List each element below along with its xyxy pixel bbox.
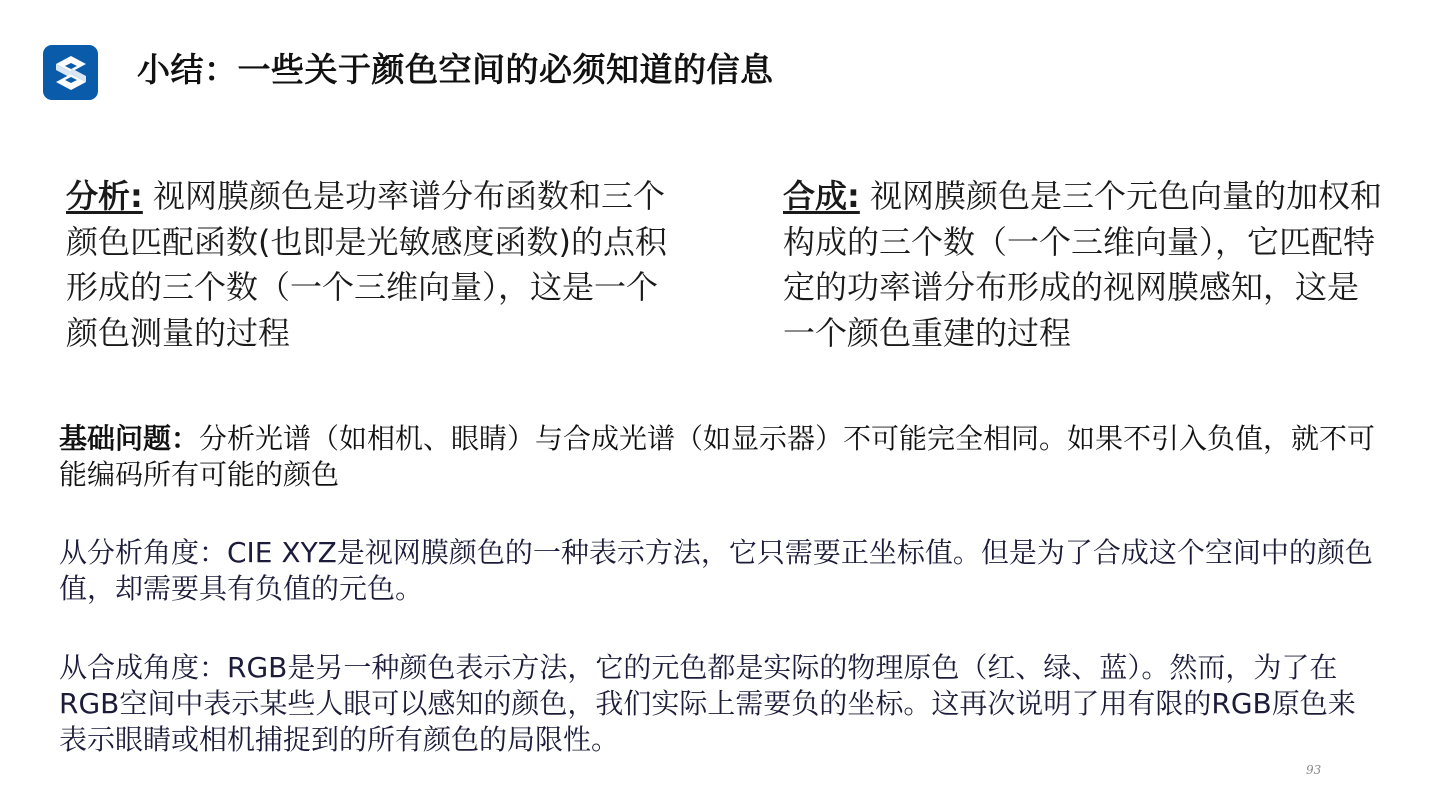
fundamental-problem-paragraph: 基础问题：分析光谱（如相机、眼睛）与合成光谱（如显示器）不可能完全相同。如果不引… xyxy=(59,421,1379,493)
fundamental-problem-label: 基础问题： xyxy=(59,422,199,455)
fundamental-problem-text: 分析光谱（如相机、眼睛）与合成光谱（如显示器）不可能完全相同。如果不引入负值，就… xyxy=(59,422,1375,491)
synthesis-view-paragraph: 从合成角度：RGB是另一种颜色表示方法，它的元色都是实际的物理原色（红、绿、蓝）… xyxy=(59,650,1379,758)
logo xyxy=(43,45,98,100)
page-number: 93 xyxy=(1306,763,1321,777)
page-title: 小结：一些关于颜色空间的必须知道的信息 xyxy=(137,48,774,92)
analysis-term: 分析: xyxy=(66,177,143,215)
analysis-view-paragraph: 从分析角度：CIE XYZ是视网膜颜色的一种表示方法，它只需要正坐标值。但是为了… xyxy=(59,535,1379,607)
synthesis-column: 合成: 视网膜颜色是三个元色向量的加权和构成的三个数（一个三维向量），它匹配特定… xyxy=(783,174,1383,356)
analysis-column: 分析: 视网膜颜色是功率谱分布函数和三个颜色匹配函数(也即是光敏感度函数)的点积… xyxy=(66,174,676,356)
synthesis-term: 合成: xyxy=(783,177,860,215)
s-logo-icon xyxy=(53,54,89,92)
analysis-text: 视网膜颜色是功率谱分布函数和三个颜色匹配函数(也即是光敏感度函数)的点积形成的三… xyxy=(66,177,667,352)
synthesis-text: 视网膜颜色是三个元色向量的加权和构成的三个数（一个三维向量），它匹配特定的功率谱… xyxy=(783,177,1382,352)
